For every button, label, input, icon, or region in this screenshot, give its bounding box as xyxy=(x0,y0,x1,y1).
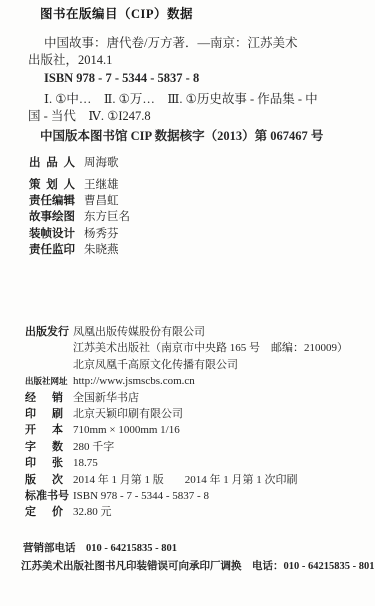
publisher-partner-line: 北京凤凰千高原文化传播有限公司 xyxy=(0,359,375,372)
publisher-address-line: 江苏美术出版社（南京市中央路 165 号 邮编：210009） xyxy=(0,342,375,355)
cip-entry-line1: 中国故事：唐代卷/万方著．—南京：江苏美术 xyxy=(44,35,375,52)
publisher-website-url: http://www.jsmscbs.com.cn xyxy=(73,375,195,388)
pub-value: ISBN 978 - 7 - 5344 - 5837 - 8 xyxy=(73,490,209,503)
pub-row-printer: 印刷 北京天颖印刷有限公司 xyxy=(0,408,375,421)
cip-isbn: ISBN 978 - 7 - 5344 - 5837 - 8 xyxy=(44,70,375,87)
pub-value: 280 千字 xyxy=(73,441,114,454)
pub-value: 18.75 xyxy=(73,457,98,470)
pub-row-price: 定价 32.80 元 xyxy=(0,506,375,519)
pub-label: 出版发行 xyxy=(25,326,63,339)
book-copyright-page: 图书在版编目（CIP）数据 中国故事：唐代卷/万方著．—南京：江苏美术 出版社，… xyxy=(0,0,375,606)
staff-value: 朱晓燕 xyxy=(84,244,119,257)
pub-printing-value: 2014 年 1 月第 1 次印刷 xyxy=(185,474,298,487)
staff-row-producer: 出品人 周海歌 xyxy=(0,157,375,170)
marketing-phone-line: 营销部电话 010 - 64215835 - 801 xyxy=(23,542,375,556)
pub-label: 版次 xyxy=(25,474,63,487)
staff-label: 出品人 xyxy=(29,157,75,170)
publication-block: 出版发行 凤凰出版传媒股份有限公司 江苏美术出版社（南京市中央路 165 号 邮… xyxy=(0,326,375,523)
pub-row-edition: 版次 2014 年 1 月第 1 版 2014 年 1 月第 1 次印刷 xyxy=(0,474,375,487)
pub-value: 32.80 元 xyxy=(73,506,112,519)
pub-row-distribution: 经销 全国新华书店 xyxy=(0,392,375,405)
pub-label: 定价 xyxy=(25,506,63,519)
pub-row-format: 开本 710mm × 1000mm 1/16 xyxy=(0,424,375,437)
pub-label: 标准书号 xyxy=(25,490,63,503)
cip-entry-line2: 出版社，2014.1 xyxy=(28,52,375,69)
staff-value: 周海歌 xyxy=(84,157,119,170)
pub-row-isbn: 标准书号 ISBN 978 - 7 - 5344 - 5837 - 8 xyxy=(0,490,375,503)
staff-label: 策划人 xyxy=(29,179,75,192)
pub-row-publisher: 出版发行 凤凰出版传媒股份有限公司 xyxy=(0,326,375,339)
staff-label: 责任监印 xyxy=(29,244,75,257)
staff-value: 杨秀芬 xyxy=(84,228,119,241)
pub-value: 凤凰出版传媒股份有限公司 xyxy=(73,326,205,339)
staff-label: 故事绘图 xyxy=(29,211,75,224)
staff-row-illustrator: 故事绘图 东方巨名 xyxy=(0,211,375,224)
staff-row-designer: 装帧设计 杨秀芬 xyxy=(0,228,375,241)
staff-row-print-supervisor: 责任监印 朱晓燕 xyxy=(0,244,375,257)
staff-label: 装帧设计 xyxy=(29,228,75,241)
cip-header: 图书在版编目（CIP）数据 xyxy=(40,6,375,23)
pub-edition-value: 2014 年 1 月第 1 版 xyxy=(73,474,164,487)
pub-label: 开本 xyxy=(25,424,63,437)
pub-value: 710mm × 1000mm 1/16 xyxy=(73,424,180,437)
staff-value: 东方巨名 xyxy=(84,211,130,224)
pub-row-word-count: 字数 280 千字 xyxy=(0,441,375,454)
pub-row-sheets: 印张 18.75 xyxy=(0,457,375,470)
cip-record-number: 中国版本图书馆 CIP 数据核字（2013）第 067467 号 xyxy=(40,128,375,145)
cip-classification-line1: Ⅰ. ①中… Ⅱ. ①万… Ⅲ. ①历史故事 - 作品集 - 中 xyxy=(44,91,375,108)
pub-label: 印张 xyxy=(25,457,63,470)
staff-block: 出品人 周海歌 策划人 王继雄 责任编辑 曹昌虹 故事绘图 东方巨名 装帧设计 … xyxy=(0,157,375,260)
misprint-exchange-line: 江苏美术出版社图书凡印装错误可向承印厂调换 电话：010 - 64215835 … xyxy=(21,560,375,574)
staff-row-editor: 责任编辑 曹昌虹 xyxy=(0,195,375,208)
cip-classification-line2: 国 - 当代 Ⅳ. ①I247.8 xyxy=(28,108,375,125)
pub-label: 经销 xyxy=(25,392,63,405)
staff-value: 王继雄 xyxy=(84,179,119,192)
pub-value: 北京天颖印刷有限公司 xyxy=(73,408,183,421)
pub-row-website: 出版社网址 http://www.jsmscbs.com.cn xyxy=(0,375,375,388)
cip-block: 图书在版编目（CIP）数据 中国故事：唐代卷/万方著．—南京：江苏美术 出版社，… xyxy=(0,0,375,145)
pub-value: 全国新华书店 xyxy=(73,392,139,405)
pub-label: 印刷 xyxy=(25,408,63,421)
footer-block: 营销部电话 010 - 64215835 - 801 江苏美术出版社图书凡印装错… xyxy=(0,538,375,574)
staff-value: 曹昌虹 xyxy=(84,195,119,208)
pub-label: 出版社网址 xyxy=(25,375,63,388)
staff-label: 责任编辑 xyxy=(29,195,75,208)
staff-row-planner: 策划人 王继雄 xyxy=(0,179,375,192)
pub-label: 字数 xyxy=(25,441,63,454)
